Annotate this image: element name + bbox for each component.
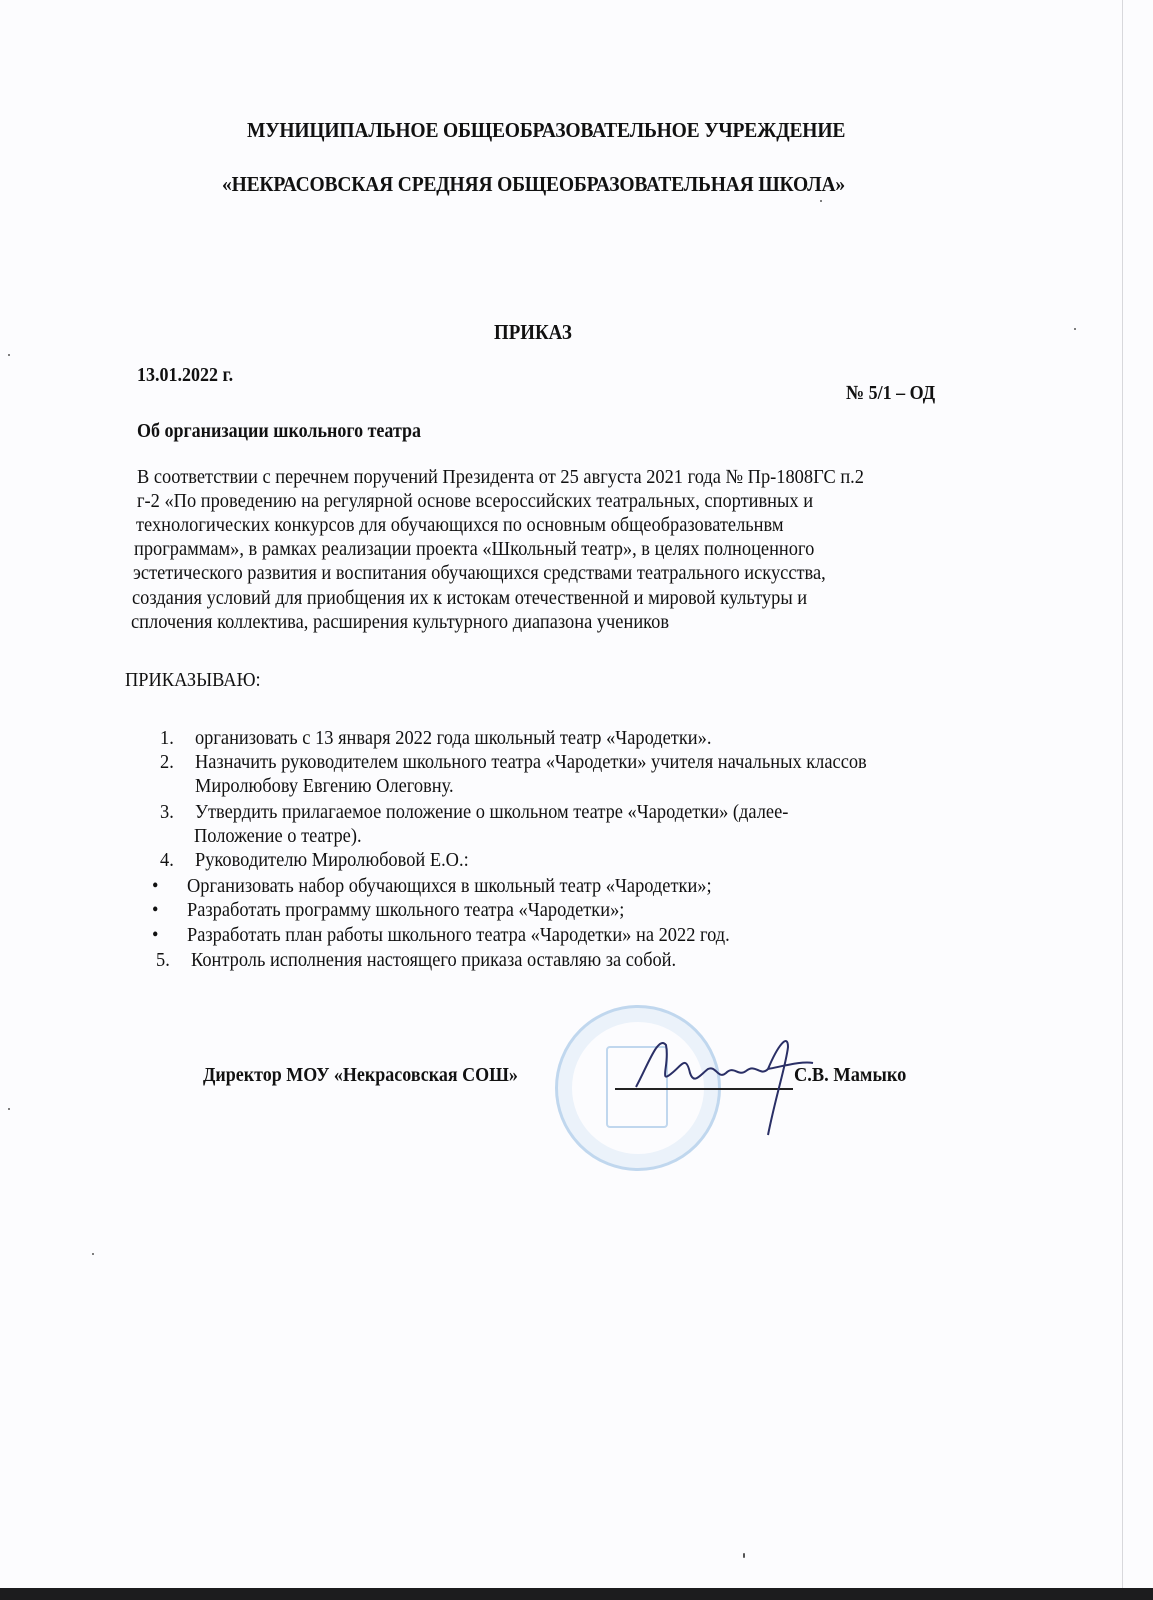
signature-name: С.В. Мамыко [794, 1064, 906, 1087]
order-item-2-cont: Миролюбову Евгению Олеговну. [195, 774, 454, 798]
institution-header-line1: МУНИЦИПАЛЬНОЕ ОБЩЕОБРАЗОВАТЕЛЬНОЕ УЧРЕЖД… [247, 118, 845, 143]
preamble-line: сплочения коллектива, расширения культур… [131, 610, 669, 634]
scanned-page [0, 0, 1153, 1588]
scan-speck [8, 354, 10, 356]
order-word: ПРИКАЗЫВАЮ: [125, 668, 261, 692]
order-item-5: 5.Контроль исполнения настоящего приказа… [156, 948, 676, 972]
document-number: № 5/1 – ОД [846, 382, 935, 405]
order-subitem-bullet: •Организовать набор обучающихся в школьн… [152, 874, 712, 898]
order-item-3: 3.Утвердить прилагаемое положение о школ… [160, 800, 788, 824]
preamble-line: г-2 «По проведению на регулярной основе … [137, 489, 813, 513]
preamble-line: технологических конкурсов для обучающихс… [136, 513, 784, 537]
preamble-line: эстетического развития и воспитания обуч… [133, 561, 826, 585]
document-date: 13.01.2022 г. [137, 364, 233, 387]
page-edge [1122, 0, 1123, 1588]
scan-speck [8, 1108, 10, 1110]
preamble-line: В соответствии с перечнем поручений През… [137, 465, 864, 489]
preamble-line: программам», в рамках реализации проекта… [134, 537, 814, 561]
scan-speck [92, 1253, 94, 1255]
preamble-line: создания условий для приобщения их к ист… [132, 586, 807, 610]
document-title: ПРИКАЗ [494, 320, 572, 345]
order-item-4: 4.Руководителю Миролюбовой Е.О.: [160, 848, 469, 872]
institution-header-line2: «НЕКРАСОВСКАЯ СРЕДНЯЯ ОБЩЕОБРАЗОВАТЕЛЬНА… [222, 172, 845, 197]
signature-position: Директор МОУ «Некрасовская СОШ» [203, 1064, 518, 1087]
order-item-1: 1.организовать с 13 января 2022 года шко… [160, 726, 711, 750]
scan-bottom-border [0, 1588, 1153, 1600]
order-item-3-cont: Положение о театре). [194, 824, 362, 848]
order-item-2: 2.Назначить руководителем школьного теат… [160, 750, 867, 774]
scan-speck [743, 1553, 745, 1558]
scan-speck [820, 200, 822, 202]
order-subitem-bullet: •Разработать план работы школьного театр… [152, 923, 730, 947]
bullet-icon: • [152, 874, 187, 898]
scan-speck [1074, 328, 1076, 330]
bullet-icon: • [152, 923, 187, 947]
order-subitem-bullet: •Разработать программу школьного театра … [152, 898, 624, 922]
bullet-icon: • [152, 898, 187, 922]
document-subject: Об организации школьного театра [137, 420, 421, 443]
handwritten-signature-icon [628, 1025, 818, 1145]
